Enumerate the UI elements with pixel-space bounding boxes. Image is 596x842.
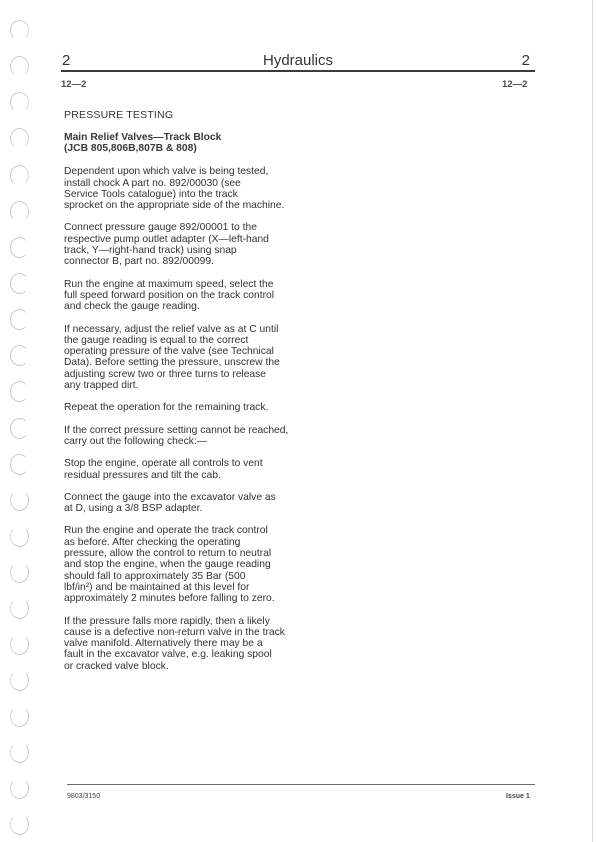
page-number-right: 12—2 bbox=[502, 79, 527, 90]
section-heading: PRESSURE TESTING bbox=[64, 110, 304, 121]
binder-hole-icon bbox=[10, 381, 29, 402]
binder-hole-icon bbox=[10, 634, 29, 655]
binder-hole-icon bbox=[10, 92, 29, 113]
binder-hole-icon bbox=[10, 309, 29, 330]
paragraph-likely-cause: If the pressure falls more rapidly, then… bbox=[64, 616, 304, 672]
binder-hole-icon bbox=[10, 237, 29, 258]
binder-hole-icon bbox=[10, 273, 29, 294]
paragraph-if-not-reached: If the correct pressure setting cannot b… bbox=[64, 425, 304, 448]
binder-holes bbox=[0, 0, 40, 842]
paragraph-stop-engine: Stop the engine, operate all controls to… bbox=[64, 458, 304, 481]
paragraph-repeat-operation: Repeat the operation for the remaining t… bbox=[64, 402, 304, 413]
paragraph-check-pressure-drop: Run the engine and operate the track con… bbox=[64, 525, 304, 604]
binder-hole-icon bbox=[10, 670, 29, 691]
binder-hole-icon bbox=[10, 742, 29, 763]
binder-hole-icon bbox=[10, 490, 29, 511]
binder-hole-icon bbox=[10, 454, 29, 475]
document-number: 9803/3150 bbox=[67, 793, 100, 800]
page-title: Hydraulics bbox=[60, 52, 536, 69]
binder-hole-icon bbox=[10, 20, 29, 41]
document-body: PRESSURE TESTING Main Relief Valves—Trac… bbox=[64, 110, 304, 683]
binder-hole-icon bbox=[10, 418, 29, 439]
footer-divider bbox=[67, 784, 535, 785]
binder-hole-icon bbox=[10, 706, 29, 727]
page-right-edge bbox=[592, 0, 593, 842]
subheading: Main Relief Valves—Track Block (JCB 805,… bbox=[64, 132, 304, 154]
header-divider bbox=[61, 70, 535, 72]
binder-hole-icon bbox=[10, 526, 29, 547]
paragraph-adjust-relief-valve: If necessary, adjust the relief valve as… bbox=[64, 324, 304, 392]
binder-hole-icon bbox=[10, 345, 29, 366]
subheading-title: Main Relief Valves—Track Block bbox=[64, 132, 304, 143]
page-header: 2 Hydraulics 2 bbox=[60, 50, 536, 80]
binder-hole-icon bbox=[10, 814, 29, 835]
binder-hole-icon bbox=[10, 165, 29, 186]
paragraph-run-engine: Run the engine at maximum speed, select … bbox=[64, 279, 304, 313]
paragraph-install-chock: Dependent upon which valve is being test… bbox=[64, 166, 304, 211]
binder-hole-icon bbox=[10, 562, 29, 583]
binder-hole-icon bbox=[10, 778, 29, 799]
page-number-left: 12—2 bbox=[61, 79, 86, 90]
binder-hole-icon bbox=[10, 128, 29, 149]
section-number-right: 2 bbox=[522, 52, 530, 69]
binder-hole-icon bbox=[10, 598, 29, 619]
binder-hole-icon bbox=[10, 201, 29, 222]
binder-hole-icon bbox=[10, 56, 29, 77]
issue-label: Issue 1 bbox=[506, 793, 530, 800]
paragraph-connect-gauge: Connect pressure gauge 892/00001 to the … bbox=[64, 222, 304, 267]
subheading-models: (JCB 805,806B,807B & 808) bbox=[64, 143, 304, 154]
paragraph-connect-excavator-valve: Connect the gauge into the excavator val… bbox=[64, 492, 304, 515]
